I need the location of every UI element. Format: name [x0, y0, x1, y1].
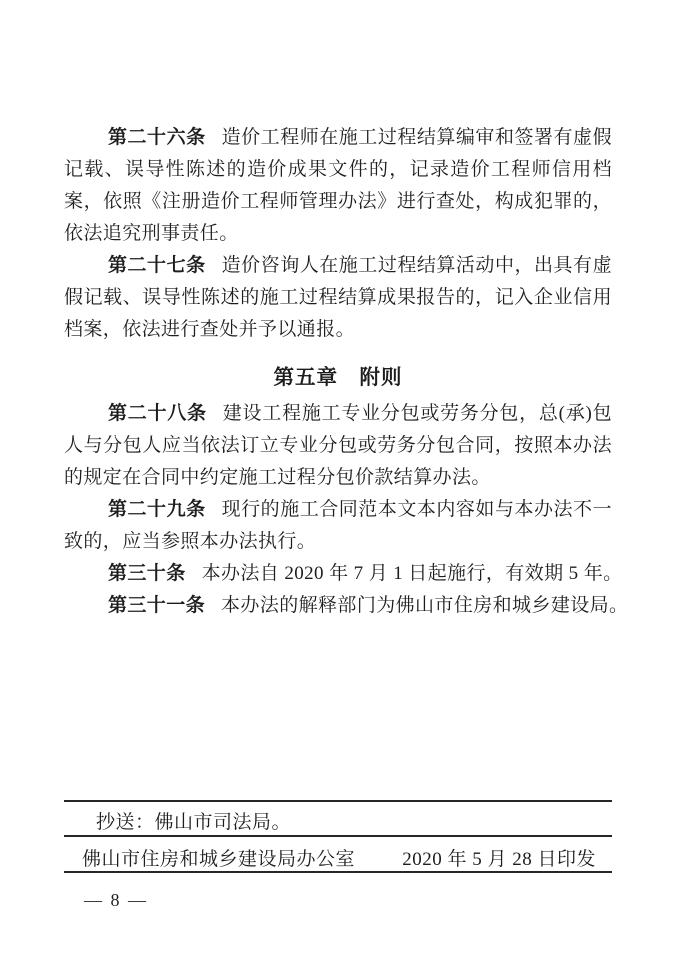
- page-number: — 8 —: [84, 890, 148, 911]
- document-body: 第二十六条造价工程师在施工过程结算编审和签署有虚假记载、误导性陈述的造价成果文件…: [64, 122, 612, 622]
- footer-divider-top: [64, 800, 612, 802]
- article-text: 本办法自 2020 年 7 月 1 日起施行，有效期 5 年。: [202, 563, 623, 584]
- article-number: 第二十六条: [108, 127, 206, 148]
- article-paragraph: 第二十六条造价工程师在施工过程结算编审和签署有虚假记载、误导性陈述的造价成果文件…: [64, 122, 612, 250]
- article-number: 第三十条: [108, 563, 186, 584]
- article-paragraph: 第三十条本办法自 2020 年 7 月 1 日起施行，有效期 5 年。: [64, 558, 612, 590]
- footer-divider-middle: [64, 835, 612, 837]
- issuer-row: 佛山市住房和城乡建设局办公室 2020 年 5 月 28 日印发: [64, 844, 612, 871]
- print-date: 2020 年 5 月 28 日印发: [402, 844, 596, 871]
- article-number: 第二十七条: [108, 255, 206, 276]
- footer-divider-bottom: [64, 871, 612, 873]
- cc-line: 抄送：佛山市司法局。: [96, 807, 291, 834]
- article-paragraph: 第二十九条现行的施工合同范本文本内容如与本办法不一致的，应当参照本办法执行。: [64, 494, 612, 558]
- document-page: 第二十六条造价工程师在施工过程结算编审和签署有虚假记载、误导性陈述的造价成果文件…: [0, 0, 680, 962]
- issuing-office: 佛山市住房和城乡建设局办公室: [82, 844, 355, 871]
- article-paragraph: 第二十七条造价咨询人在施工过程结算活动中，出具有虚假记载、误导性陈述的施工过程结…: [64, 250, 612, 346]
- article-paragraph: 第三十一条本办法的解释部门为佛山市住房和城乡建设局。: [64, 590, 612, 622]
- article-paragraph: 第二十八条建设工程施工专业分包或劳务分包，总(承)包人与分包人应当依法订立专业分…: [64, 398, 612, 494]
- article-number: 第二十九条: [108, 499, 206, 520]
- chapter-heading: 第五章 附则: [64, 362, 612, 394]
- article-number: 第二十八条: [108, 403, 207, 424]
- article-number: 第三十一条: [108, 595, 205, 616]
- article-text: 本办法的解释部门为佛山市住房和城乡建设局。: [221, 595, 628, 616]
